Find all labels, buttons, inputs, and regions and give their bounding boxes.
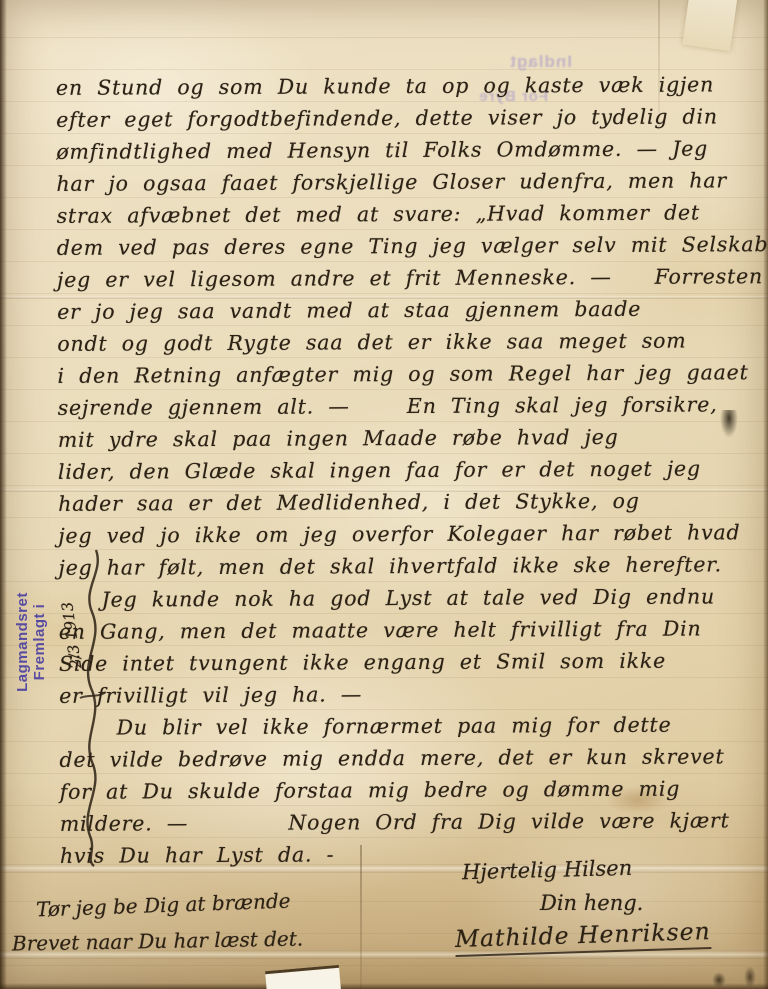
letter-line: er jo jeg saa vandt med at staa gjennem … xyxy=(57,292,763,328)
letter-line: en Stund og som Du kunde ta op og kaste … xyxy=(56,68,762,104)
letter-line: mildere. — Nogen Ord fra Dig vilde være … xyxy=(60,804,766,840)
letter-line: for at Du skulde forstaa mig bedre og dø… xyxy=(60,772,766,808)
letter-line: Du blir vel ikke fornærmet paa mig for d… xyxy=(59,708,765,744)
letter-line: mit ydre skal paa ingen Maade røbe hvad … xyxy=(58,420,764,456)
letter-line: er frivilligt vil jeg ha. — xyxy=(59,676,765,712)
closing-salutation: Hjertelig Hilsen xyxy=(462,856,633,884)
letter-line: en Gang, men det maatte være helt frivil… xyxy=(59,612,765,648)
closing-signoff: Din heng. xyxy=(540,891,643,915)
letter-line: jeg har følt, men det skal ihvertfald ik… xyxy=(58,548,764,584)
letter-line: hader saa er det Medlidenhed, i det Styk… xyxy=(58,484,764,520)
scanned-letter-page: Indlagt For Byre en Stund og som Du kund… xyxy=(0,0,768,989)
letter-line: jeg ved jo ikke om jeg overfor Kolegaer … xyxy=(58,516,764,552)
letter-body: en Stund og som Du kunde ta op og kaste … xyxy=(56,68,766,872)
margin-stamp-line-fremlagt: Fremlagt i xyxy=(31,560,48,724)
margin-signature-scribble xyxy=(74,548,110,868)
postscript-line-2: Brevet naar Du har læst det. xyxy=(12,926,304,955)
tape-repair-top-right xyxy=(682,0,737,51)
letter-line: det vilde bedrøve mig endda mere, det er… xyxy=(59,740,765,776)
margin-stamp-line-lagmandsret: Lagmandsret xyxy=(14,560,31,724)
letter-line: har jo ogsaa faaet forskjellige Gloser u… xyxy=(56,164,762,200)
letter-line: ømfindtlighed med Hensyn til Folks Omdøm… xyxy=(56,132,762,168)
letter-line: lider, den Glæde skal ingen faa for er d… xyxy=(58,452,764,488)
letter-line: i den Retning anfægter mig og som Regel … xyxy=(57,356,763,392)
margin-court-stamp: Lagmandsret Fremlagt i xyxy=(14,560,58,724)
paper-edge-left xyxy=(0,0,7,989)
letter-line: sejrende gjennem alt. — En Ting skal jeg… xyxy=(58,388,764,424)
letter-line: efter eget forgodtbefindende, dette vise… xyxy=(56,100,762,136)
ink-blot xyxy=(720,410,738,438)
letter-line: Jeg kunde nok ha god Lyst at tale ved Di… xyxy=(59,580,765,616)
letter-line: ondt og godt Rygte saa det er ikke saa m… xyxy=(57,324,763,360)
letter-line: jeg er vel ligesom andre et frit Mennesk… xyxy=(57,260,763,296)
letter-line: Side intet tvungent ikke engang et Smil … xyxy=(59,644,765,680)
tear-mark-bottom-right-1 xyxy=(712,972,726,988)
letter-line: dem ved pas deres egne Ting jeg vælger s… xyxy=(57,228,763,264)
letter-line: hvis Du har Lyst da. - xyxy=(60,836,766,872)
tear-mark-bottom-right-2 xyxy=(744,966,756,988)
letter-line: strax afvæbnet det med at svare: „Hvad k… xyxy=(57,196,763,232)
paper-edge-bottom xyxy=(0,983,768,989)
